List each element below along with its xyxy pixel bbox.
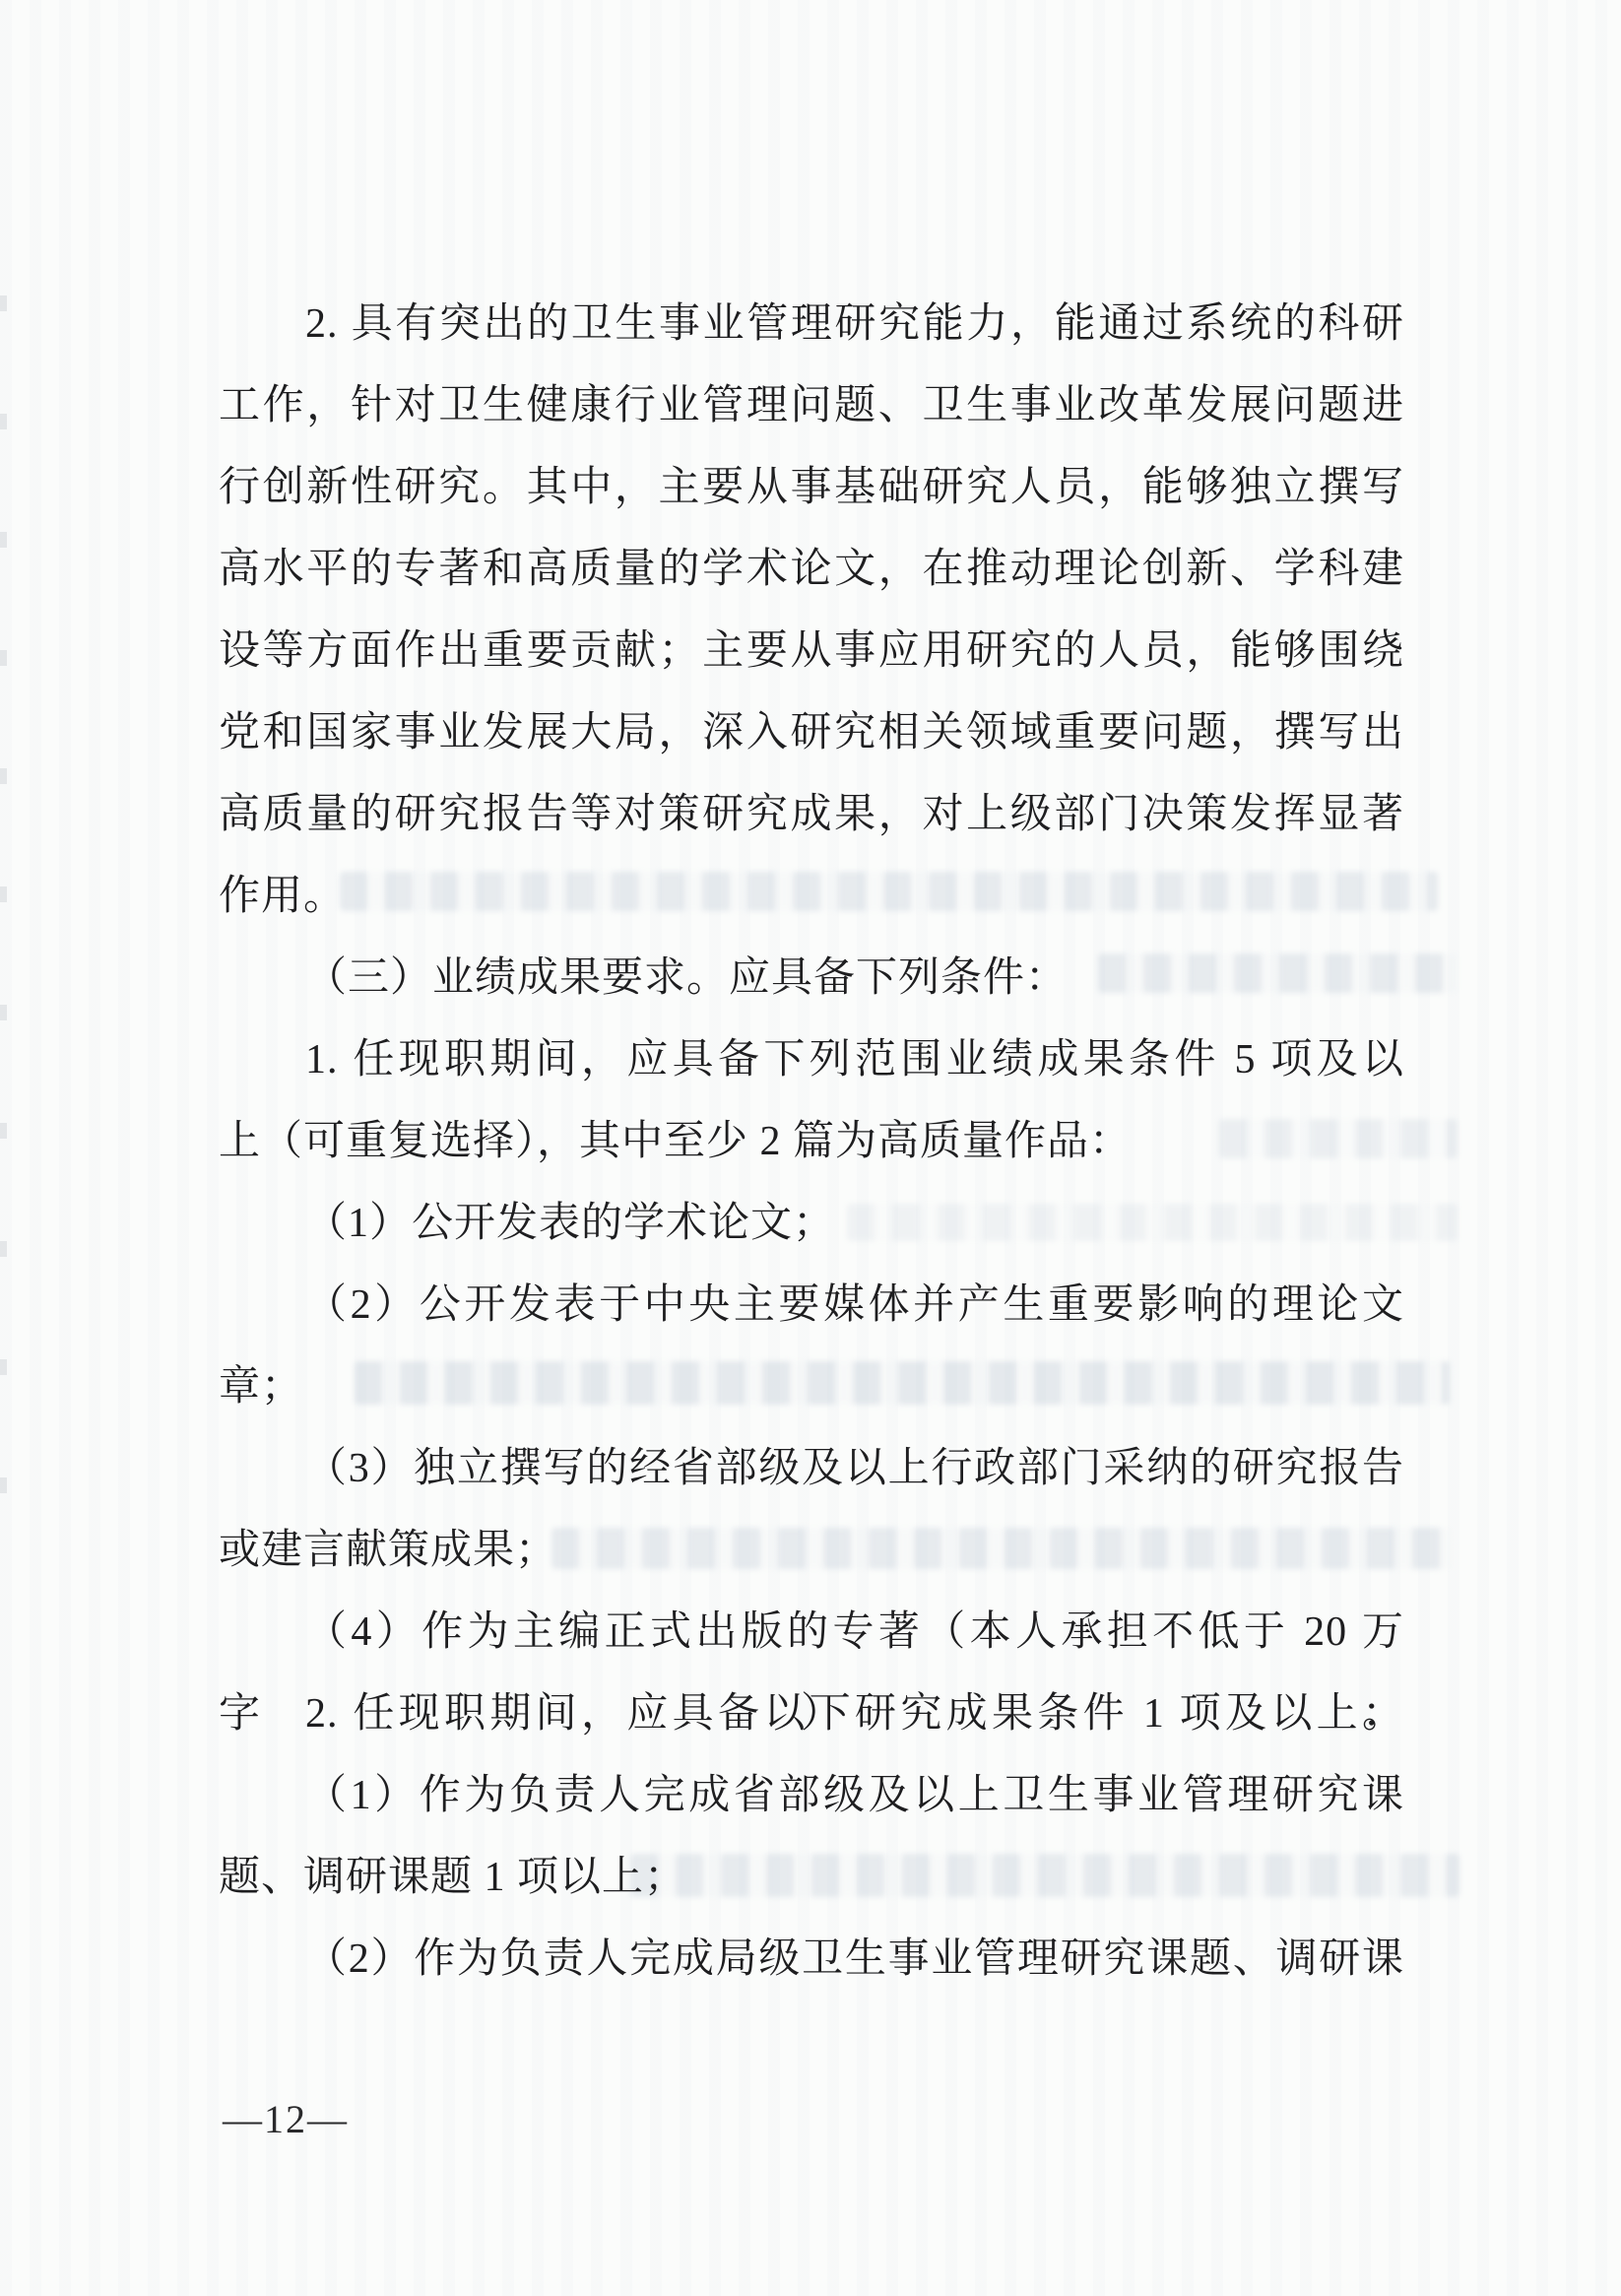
document-page: 2. 具有突出的卫生事业管理研究能力，能通过系统的科研 工作，针对卫生健康行业管… [0,0,1621,2296]
body-line: 2. 具有突出的卫生事业管理研究能力，能通过系统的科研 [219,284,1404,365]
body-line: 行创新性研究。其中，主要从事基础研究人员，能够独立撰写 [219,447,1404,529]
list-item: （2）公开发表于中央主要媒体并产生重要影响的理论文 [219,1265,1404,1346]
body-line: 题、调研课题 1 项以上； [219,1837,1404,1919]
document-body: 2. 具有突出的卫生事业管理研究能力，能通过系统的科研 工作，针对卫生健康行业管… [219,284,1404,2001]
body-line: 高质量的研究报告等对策研究成果，对上级部门决策发挥显著 [219,774,1404,856]
body-line: 工作，针对卫生健康行业管理问题、卫生事业改革发展问题进 [219,365,1404,447]
list-item: （3）独立撰写的经省部级及以上行政部门采纳的研究报告 [219,1428,1404,1510]
body-line: 1. 任现职期间，应具备下列范围业绩成果条件 5 项及以 [219,1019,1404,1101]
body-line: 或建言献策成果； [219,1510,1404,1592]
list-item: （4）作为主编正式出版的专著（本人承担不低于 20 万字）。 [219,1592,1404,1673]
body-line: 作用。 [219,856,1404,938]
body-line: 高水平的专著和高质量的学术论文，在推动理论创新、学科建 [219,529,1404,611]
section-heading: （三）业绩成果要求。应具备下列条件： [219,938,1404,1019]
list-item: （1）公开发表的学术论文； [219,1183,1404,1265]
body-line: 章； [219,1346,1404,1428]
body-line: 设等方面作出重要贡献；主要从事应用研究的人员，能够围绕 [219,611,1404,692]
scan-edge-artifact [0,295,7,1527]
page-number: —12— [223,2096,349,2142]
body-line: 2. 任现职期间，应具备以下研究成果条件 1 项及以上： [219,1673,1404,1755]
body-line: 党和国家事业发展大局，深入研究相关领域重要问题，撰写出 [219,692,1404,774]
list-item: （2）作为负责人完成局级卫生事业管理研究课题、调研课 [219,1919,1404,2001]
body-line: 上（可重复选择），其中至少 2 篇为高质量作品： [219,1101,1404,1183]
list-item: （1）作为负责人完成省部级及以上卫生事业管理研究课 [219,1755,1404,1837]
